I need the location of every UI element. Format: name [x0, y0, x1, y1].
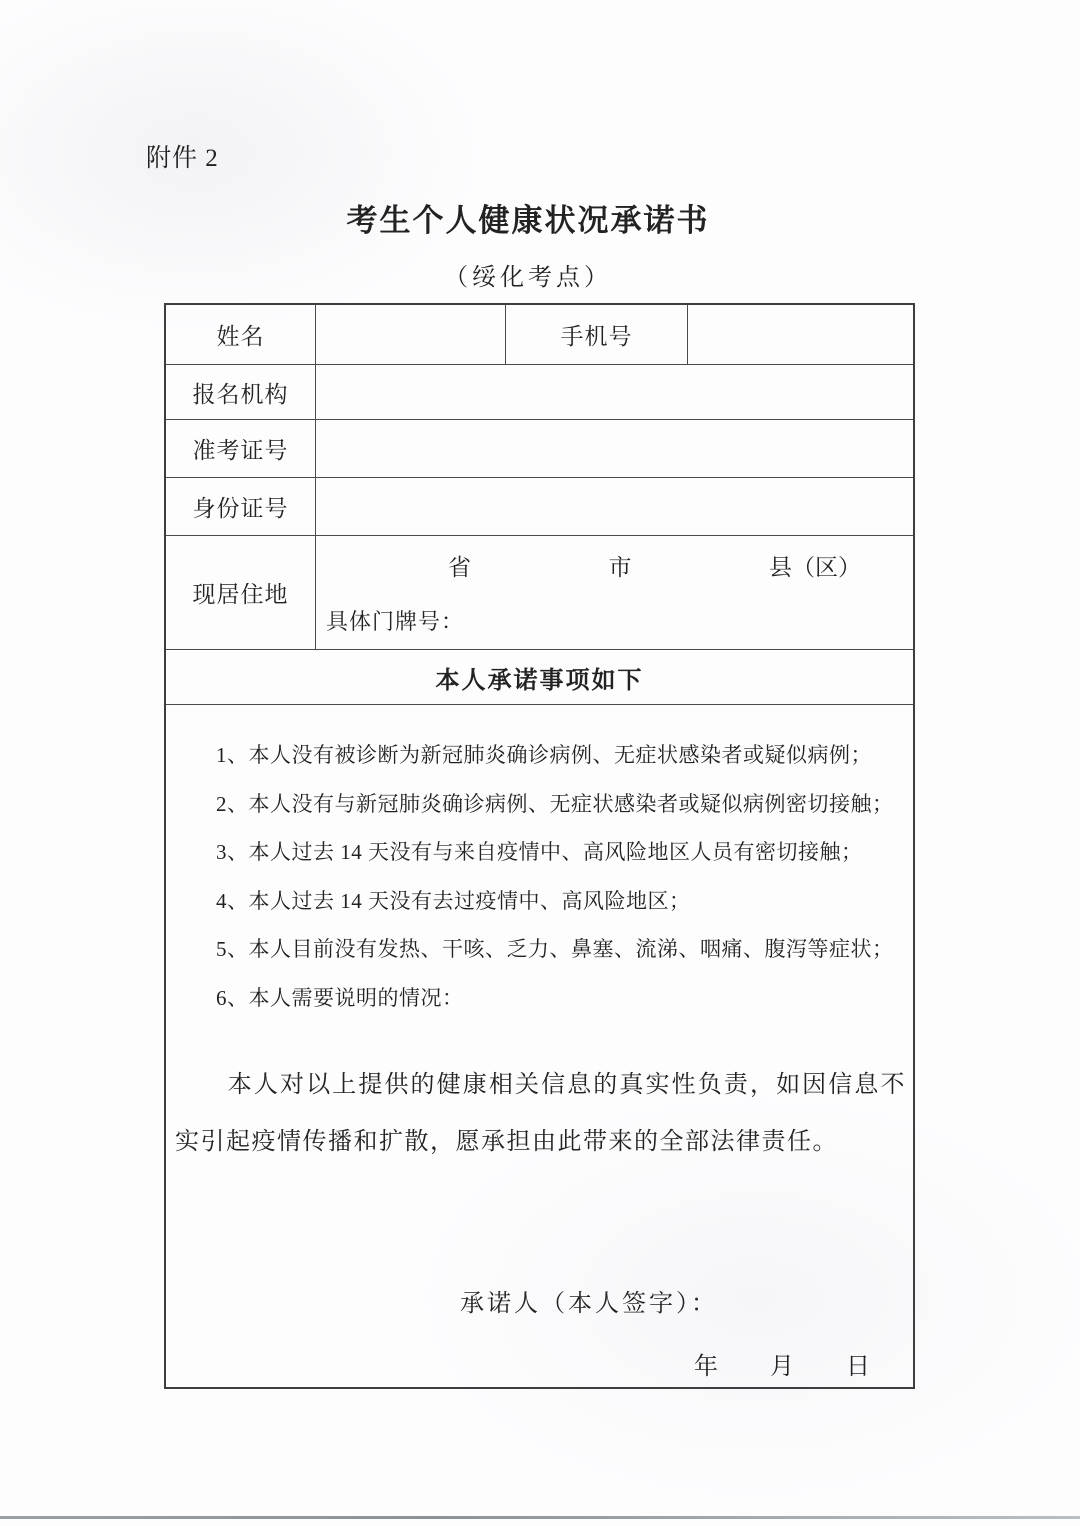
- commitment-items-list: 1、本人没有被诊断为新冠肺炎确诊病例、无症状感染者或疑似病例； 2、本人没有与新…: [182, 731, 905, 1022]
- table-row-admission-no: 准考证号: [166, 419, 913, 477]
- street-address-label: 具体门牌号：: [316, 594, 913, 646]
- commitment-item: 3、本人过去 14 天没有与来自疫情中、高风险地区人员有密切接触；: [182, 828, 905, 877]
- province-suffix-label: 省: [448, 549, 471, 582]
- page-title: 考生个人健康状况承诺书: [0, 195, 1056, 240]
- date-line: 年 月 日: [694, 1346, 870, 1381]
- commitment-item: 1、本人没有被诊断为新冠肺炎确诊病例、无症状感染者或疑似病例；: [182, 731, 905, 780]
- residence-province-city-county-line: 省 市 县（区）: [316, 536, 913, 594]
- institution-label-cell: 报名机构: [166, 365, 316, 419]
- commitment-content-cell: 1、本人没有被诊断为新冠肺炎确诊病例、无症状感染者或疑似病例； 2、本人没有与新…: [166, 705, 913, 1387]
- scanned-document-page: 附件 2 考生个人健康状况承诺书 （绥化考点） 姓名 手机号 报名机构 准考证号…: [0, 0, 1080, 1526]
- scan-page-edge: [0, 1516, 1080, 1519]
- table-row-residence: 现居住地 省 市 县（区） 具体门牌号：: [166, 535, 913, 649]
- health-form-table: 姓名 手机号 报名机构 准考证号 身份证号 现居住地 省 市 县（区）: [164, 303, 915, 1389]
- county-suffix-label: 县（区）: [769, 549, 861, 582]
- phone-value-cell: [688, 305, 913, 364]
- commitment-item: 4、本人过去 14 天没有去过疫情中、高风险地区；: [182, 877, 905, 926]
- institution-value-cell: [316, 365, 913, 419]
- attachment-label: 附件 2: [146, 138, 219, 174]
- table-row-commitment-content: 1、本人没有被诊断为新冠肺炎确诊病例、无症状感染者或疑似病例； 2、本人没有与新…: [166, 704, 913, 1387]
- page-subtitle: （绥化考点）: [0, 257, 1056, 292]
- declaration-paragraph: 本人对以上提供的健康相关信息的真实性负责，如因信息不实引起疫情传播和扩散，愿承担…: [175, 1057, 906, 1171]
- id-no-value-cell: [316, 478, 913, 535]
- commitment-header: 本人承诺事项如下: [166, 650, 913, 704]
- name-label-cell: 姓名: [166, 305, 316, 364]
- residence-value-cell: 省 市 县（区） 具体门牌号：: [316, 536, 913, 649]
- table-row-id-no: 身份证号: [166, 477, 913, 535]
- month-label: 月: [770, 1346, 794, 1381]
- commitment-item: 2、本人没有与新冠肺炎确诊病例、无症状感染者或疑似病例密切接触；: [182, 780, 905, 829]
- admission-no-value-cell: [316, 420, 913, 477]
- table-row-commitment-header: 本人承诺事项如下: [166, 649, 913, 704]
- commitment-item: 5、本人目前没有发热、干咳、乏力、鼻塞、流涕、咽痛、腹泻等症状；: [182, 925, 905, 974]
- day-label: 日: [846, 1346, 870, 1381]
- admission-no-label-cell: 准考证号: [166, 420, 316, 477]
- id-no-label-cell: 身份证号: [166, 478, 316, 535]
- signer-label: 承诺人（本人签字）：: [460, 1283, 718, 1318]
- commitment-item: 6、本人需要说明的情况：: [182, 974, 905, 1023]
- table-row-name-phone: 姓名 手机号: [166, 305, 913, 364]
- table-row-institution: 报名机构: [166, 364, 913, 419]
- residence-label-cell: 现居住地: [166, 536, 316, 649]
- phone-label-cell: 手机号: [506, 305, 688, 364]
- city-suffix-label: 市: [609, 549, 632, 582]
- name-value-cell: [316, 305, 506, 364]
- year-label: 年: [694, 1346, 718, 1381]
